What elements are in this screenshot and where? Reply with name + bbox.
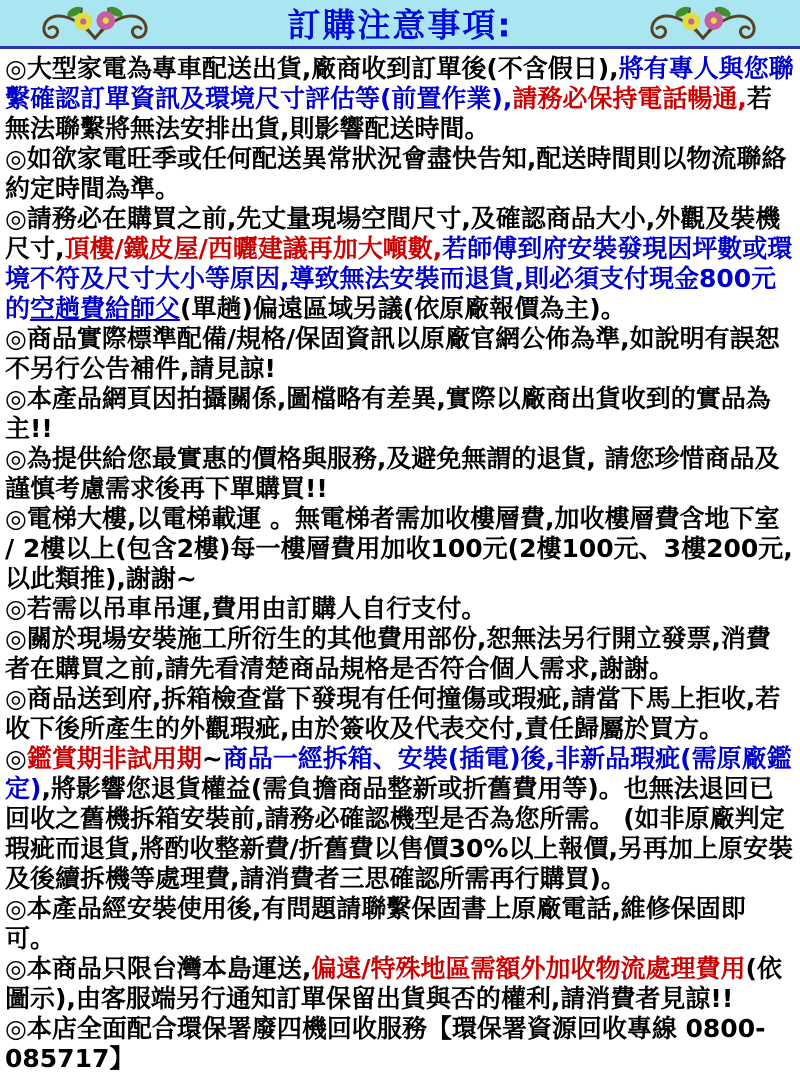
notice-paragraph: ◎商品送到府,拆箱檢查當下發現有任何撞傷或瑕疵,請當下馬上拒收,若收下後所產生的…	[5, 684, 795, 744]
notice-paragraph: ◎電梯大樓,以電梯載運 。無電梯者需加收樓層費,加收樓層費含地下室 / 2樓以上…	[5, 504, 795, 594]
notice-text-segment: ◎本店全面配合環保署廢四機回收服務【環保署資源回收專線 0800-085717】	[5, 1014, 765, 1073]
notice-text-segment: ◎關於現場安裝施工所衍生的其他費用部份,恕無法另行開立發票,消費者在購買之前,請…	[5, 624, 771, 683]
notice-paragraph: ◎大型家電為專車配送出貨,廠商收到訂單後(不含假日),將有專人與您聯繫確認訂單資…	[5, 54, 795, 144]
notice-text-segment: ◎商品送到府,拆箱檢查當下發現有任何撞傷或瑕疵,請當下馬上拒收,若收下後所產生的…	[5, 684, 780, 743]
notice-list: ◎大型家電為專車配送出貨,廠商收到訂單後(不含假日),將有專人與您聯繫確認訂單資…	[0, 49, 800, 1074]
notice-text-segment: ◎若需以吊車吊運,費用由訂購人自行支付。	[5, 594, 486, 623]
notice-paragraph: ◎本店全面配合環保署廢四機回收服務【環保署資源回收專線 0800-085717】	[5, 1014, 795, 1074]
notice-text-segment: ◎本產品網頁因拍攝關係,圖檔略有差異,實際以廠商出貨收到的實品為主!!	[5, 384, 771, 443]
notice-paragraph: ◎若需以吊車吊運,費用由訂購人自行支付。	[5, 594, 795, 624]
notice-text-segment: ◎大型家電為專車配送出貨,廠商收到訂單後(不含假日),	[5, 54, 619, 83]
notice-text-segment: ◎如欲家電旺季或任何配送異常狀況會盡快告知,配送時間則以物流聯絡約定時間為準。	[5, 144, 786, 203]
notice-text-segment: ◎本產品經安裝使用後,有問題請聯繫保固書上原廠電話,維修保固即可。	[5, 894, 746, 953]
flower-vine-icon	[26, 1, 164, 46]
notice-text-segment: 請務必保持電話暢通,	[512, 84, 747, 113]
order-notice-page: 訂購注意事項: ◎大型家電為專車配送出貨,廠商收到訂單後(不含假日),將有專人與…	[0, 0, 800, 1083]
notice-paragraph: ◎請務必在購買之前,先丈量現場空間尺寸,及確認商品大小,外觀及裝機尺寸,頂樓/鐵…	[5, 204, 795, 324]
notice-paragraph: ◎鑑賞期非試用期~商品一經拆箱、安裝(插電)後,非新品瑕疵(需原廠鑑定),將影響…	[5, 744, 795, 894]
notice-paragraph: ◎本產品經安裝使用後,有問題請聯繫保固書上原廠電話,維修保固即可。	[5, 894, 795, 954]
notice-paragraph: ◎本商品只限台灣本島運送,偏遠/特殊地區需額外加收物流處理費用(依圖示),由客服…	[5, 954, 795, 1014]
flower-vine-icon	[634, 1, 772, 46]
notice-paragraph: ◎本產品網頁因拍攝關係,圖檔略有差異,實際以廠商出貨收到的實品為主!!	[5, 384, 795, 444]
notice-paragraph: ◎為提供給您最實惠的價格與服務,及避免無謂的退貨, 請您珍惜商品及謹慎考慮需求後…	[5, 444, 795, 504]
page-title: 訂購注意事項:	[287, 0, 512, 47]
header-banner: 訂購注意事項:	[0, 0, 800, 49]
notice-paragraph: ◎關於現場安裝施工所衍生的其他費用部份,恕無法另行開立發票,消費者在購買之前,請…	[5, 624, 795, 684]
notice-text-segment: ◎本商品只限台灣本島運送,	[5, 954, 311, 983]
notice-text-segment: 頂樓/鐵皮屋/西曬建議再加大噸數,	[65, 234, 443, 263]
notice-text-segment: 鑑賞期非試用期	[27, 744, 202, 773]
notice-text-segment: ◎電梯大樓,以電梯載運 。無電梯者需加收樓層費,加收樓層費含地下室 / 2樓以上…	[5, 504, 793, 593]
notice-paragraph: ◎如欲家電旺季或任何配送異常狀況會盡快告知,配送時間則以物流聯絡約定時間為準。	[5, 144, 795, 204]
notice-text-segment: ◎	[5, 744, 27, 773]
notice-text-segment: ,將影響您退貨權益(需負擔商品整新或折舊費用等)。也無法退回已回收之舊機拆箱安裝…	[5, 774, 793, 893]
notice-text-segment: 偏遠/特殊地區需額外加收物流處理費用	[311, 954, 745, 983]
notice-paragraph: ◎商品實際標準配備/規格/保固資訊以原廠官網公佈為準,如說明有誤恕不另行公告補件…	[5, 324, 795, 384]
notice-text-segment: 空趟費給師父	[30, 294, 180, 323]
notice-text-segment: (單趟)偏遠區域另議(依原廠報價為主)。	[180, 294, 626, 323]
notice-text-segment: ◎為提供給您最實惠的價格與服務,及避免無謂的退貨, 請您珍惜商品及謹慎考慮需求後…	[5, 444, 780, 503]
notice-text-segment: ~	[202, 744, 223, 773]
notice-text-segment: ◎商品實際標準配備/規格/保固資訊以原廠官網公佈為準,如說明有誤恕不另行公告補件…	[5, 324, 780, 383]
